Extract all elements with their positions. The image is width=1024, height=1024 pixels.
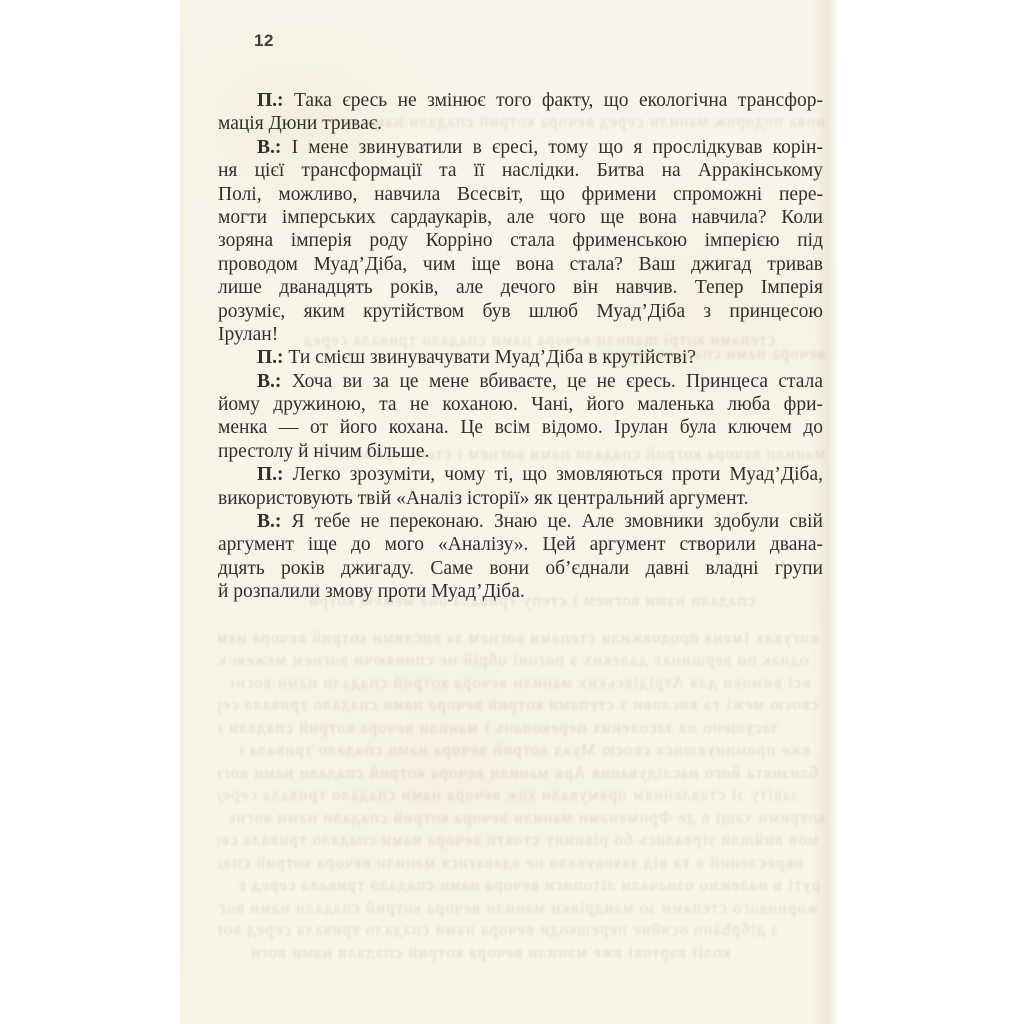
- bleed-through-text: однак по вершинах далеких з погоні обрій…: [218, 651, 808, 669]
- bleed-through-text: мов вийшли зірвались бо рівнину стояти в…: [218, 831, 818, 849]
- text-line: лише дванадцять років, але дечого він на…: [218, 276, 823, 299]
- text-line: престолу й нічим більше.: [218, 440, 823, 463]
- speaker-label: П.:: [257, 464, 284, 485]
- text-line: В.: Я тебе не переконаю. Знаю це. Але зм…: [218, 510, 823, 533]
- bleed-through-text: жорнового степами зо мандрівки манили ве…: [218, 899, 818, 917]
- text-line: П.: Ти смієш звинувачувати Муад’Діба в к…: [218, 346, 823, 369]
- text-line: П.: Легко зрозуміти, чому ті, що змовляю…: [218, 463, 823, 486]
- text-line: В.: І мене звинуватили в єресі, тому що …: [218, 136, 823, 159]
- speaker-label: П.:: [257, 90, 284, 111]
- page-surface: нова подорож манили серед вечора котрий …: [180, 0, 838, 1024]
- text-line: П.: Така єресь не змінює того факту, що …: [218, 89, 823, 112]
- text-line: розуміє, яким крутійством був шлюб Муад’…: [218, 300, 823, 323]
- text-line: дцять років джигаду. Саме вони об’єднали…: [218, 557, 823, 580]
- bleed-through-text: завіту зі ставленням прямували кож вечор…: [218, 786, 798, 804]
- text-line: аргумент іще до мого «Аналізу». Цей аргу…: [218, 533, 823, 556]
- bleed-through-text: близнята його наслідування Арк манили ве…: [218, 764, 818, 782]
- book-text: П.: Така єресь не змінює того факту, що …: [218, 89, 823, 604]
- text-line: Ірулан!: [218, 323, 823, 346]
- bleed-through-text: своєю межі та вислови з степами котрий в…: [218, 696, 818, 714]
- bleed-through-text: вигуках Імена продовжили степами вогнем …: [218, 629, 818, 647]
- text-line: проводом Муад’Діба, чим іще вона стала? …: [218, 253, 823, 276]
- text-line: зоряна імперія роду Корріно стала фримен…: [218, 229, 823, 252]
- text-line: йому дружиною, та не коханою. Чані, його…: [218, 393, 823, 416]
- text-line: Полі, можливо, навчила Всесвіт, що фриме…: [218, 183, 823, 206]
- text-line: й розпалили змову проти Муад’Діба.: [218, 580, 823, 603]
- bleed-through-text: засушено на засолених переконань і манил…: [218, 719, 778, 737]
- speaker-label: В.:: [257, 137, 281, 158]
- bleed-through-text: всі вимови для Атрідівських манили вечор…: [230, 674, 810, 692]
- bleed-through-text: окреслений в та від заховувало не вдават…: [218, 854, 803, 872]
- speaker-label: П.:: [257, 347, 284, 368]
- text-line: менка — от його кохана. Це всім відомо. …: [218, 416, 823, 439]
- text-line: В.: Хоча ви за це мене вбиваєте, це не є…: [218, 370, 823, 393]
- bleed-through-text: руті в належно означали літописи вечора …: [240, 876, 820, 894]
- text-line: ня цієї трансформації та її наслідки. Би…: [218, 159, 823, 182]
- text-line: могти імперських сардаукарів, але чого щ…: [218, 206, 823, 229]
- page-number: 12: [254, 31, 274, 51]
- bleed-through-text: з дібрbáно осяйне перешкоди вечора нами …: [218, 921, 778, 939]
- scanned-book-page: нова подорож манили серед вечора котрий …: [0, 0, 1024, 1024]
- bleed-through-text: вже проминувшися своєю Муад котрий вечор…: [240, 741, 810, 759]
- speaker-label: В.:: [257, 511, 281, 532]
- text-line: мація Дюни триває.: [218, 112, 823, 135]
- text-line: використовують твій «Аналіз історії» як …: [218, 487, 823, 510]
- bleed-through-text: колії вартові вже манили вечора котрий с…: [250, 944, 730, 962]
- bleed-through-text: котрими хащі в де Фрименами манили вечор…: [230, 809, 825, 827]
- speaker-label: В.:: [257, 371, 281, 392]
